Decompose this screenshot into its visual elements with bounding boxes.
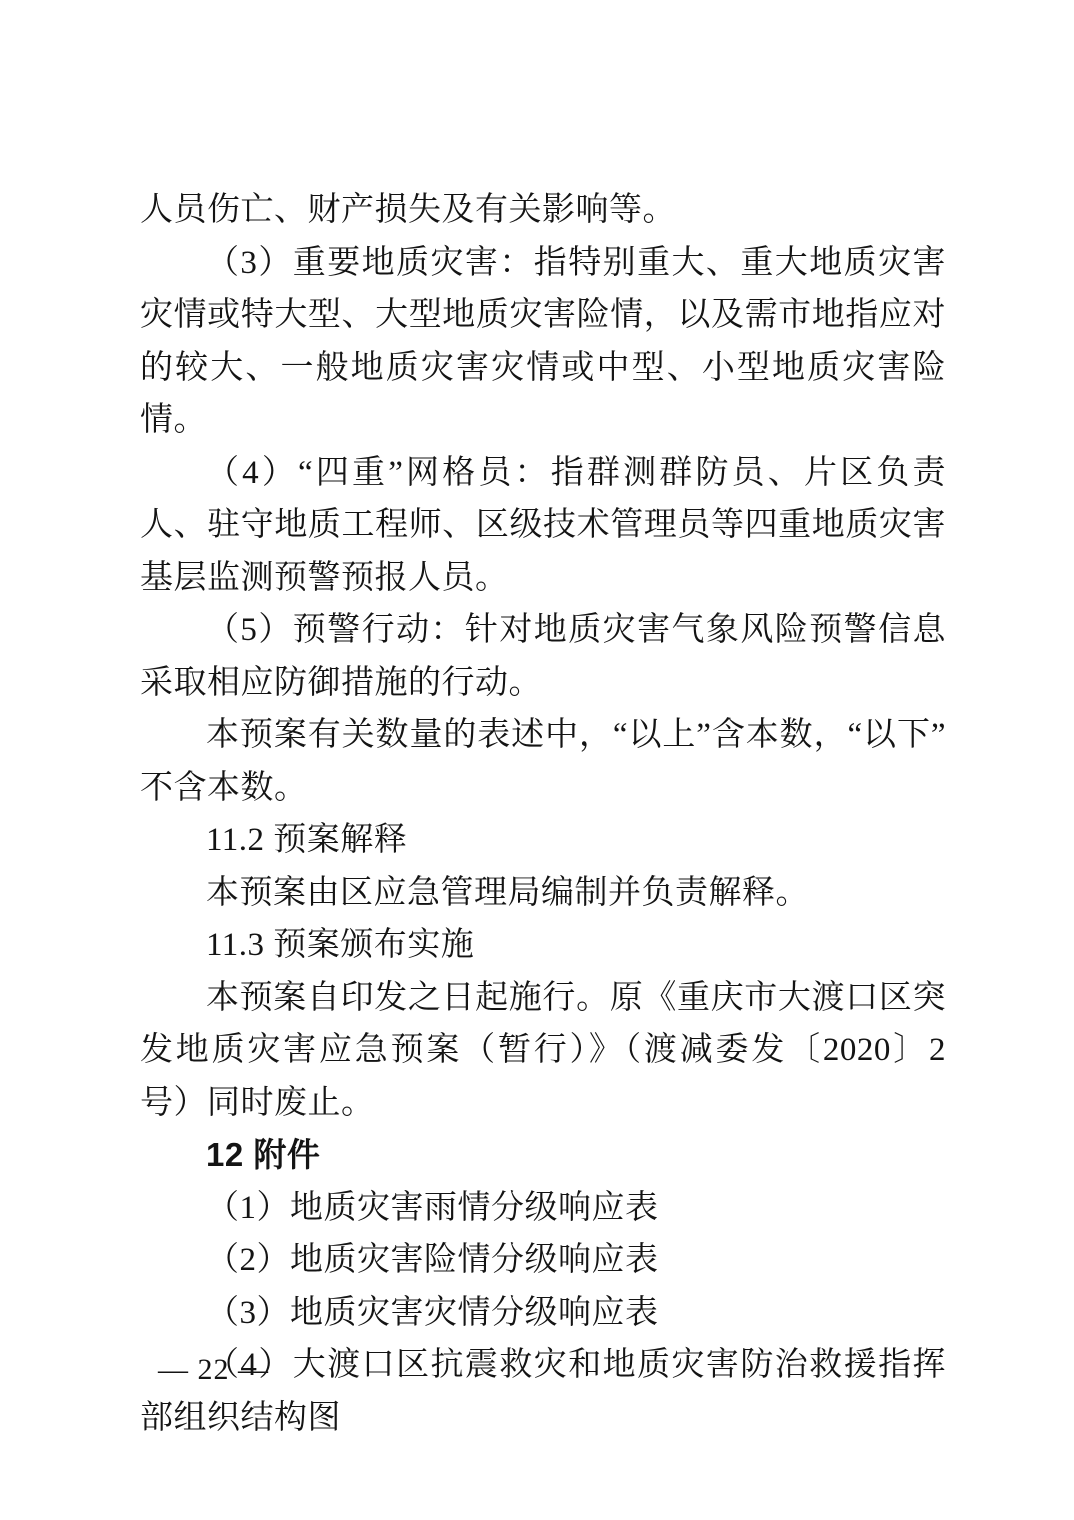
paragraph-definition-5-warning-action: （5）预警行动：针对地质灾害气象风险预警信息采取相应防御措施的行动。 — [140, 604, 946, 709]
document-page: 人员伤亡、财产损失及有关影响等。 （3）重要地质灾害：指特别重大、重大地质灾害灾… — [0, 0, 1074, 1520]
paragraph-definition-4-grid-workers: （4）“四重”网格员：指群测群防员、片区负责人、驻守地质工程师、区级技术管理员等… — [140, 447, 946, 605]
document-content: 人员伤亡、财产损失及有关影响等。 （3）重要地质灾害：指特别重大、重大地质灾害灾… — [140, 184, 946, 1444]
paragraph-plan-interpretation: 本预案由区应急管理局编制并负责解释。 — [140, 867, 946, 920]
footer-page-number: — 22 — — [158, 1350, 269, 1390]
section-heading-12-attachments: 12 附件 — [140, 1129, 946, 1182]
paragraph-definition-3-important-disaster: （3）重要地质灾害：指特别重大、重大地质灾害灾情或特大型、大型地质灾害险情，以及… — [140, 237, 946, 447]
section-heading-11-3: 11.3 预案颁布实施 — [140, 919, 946, 972]
section-heading-11-2: 11.2 预案解释 — [140, 814, 946, 867]
paragraph-casualties-continued: 人员伤亡、财产损失及有关影响等。 — [140, 184, 946, 237]
attachment-item-1: （1）地质灾害雨情分级响应表 — [140, 1182, 946, 1235]
attachment-item-2: （2）地质灾害险情分级响应表 — [140, 1234, 946, 1287]
attachment-item-3: （3）地质灾害灾情分级响应表 — [140, 1287, 946, 1340]
paragraph-quantity-note: 本预案有关数量的表述中，“以上”含本数，“以下”不含本数。 — [140, 709, 946, 814]
paragraph-plan-implementation: 本预案自印发之日起施行。原《重庆市大渡口区突发地质灾害应急预案（暂行）》（渡减委… — [140, 972, 946, 1130]
